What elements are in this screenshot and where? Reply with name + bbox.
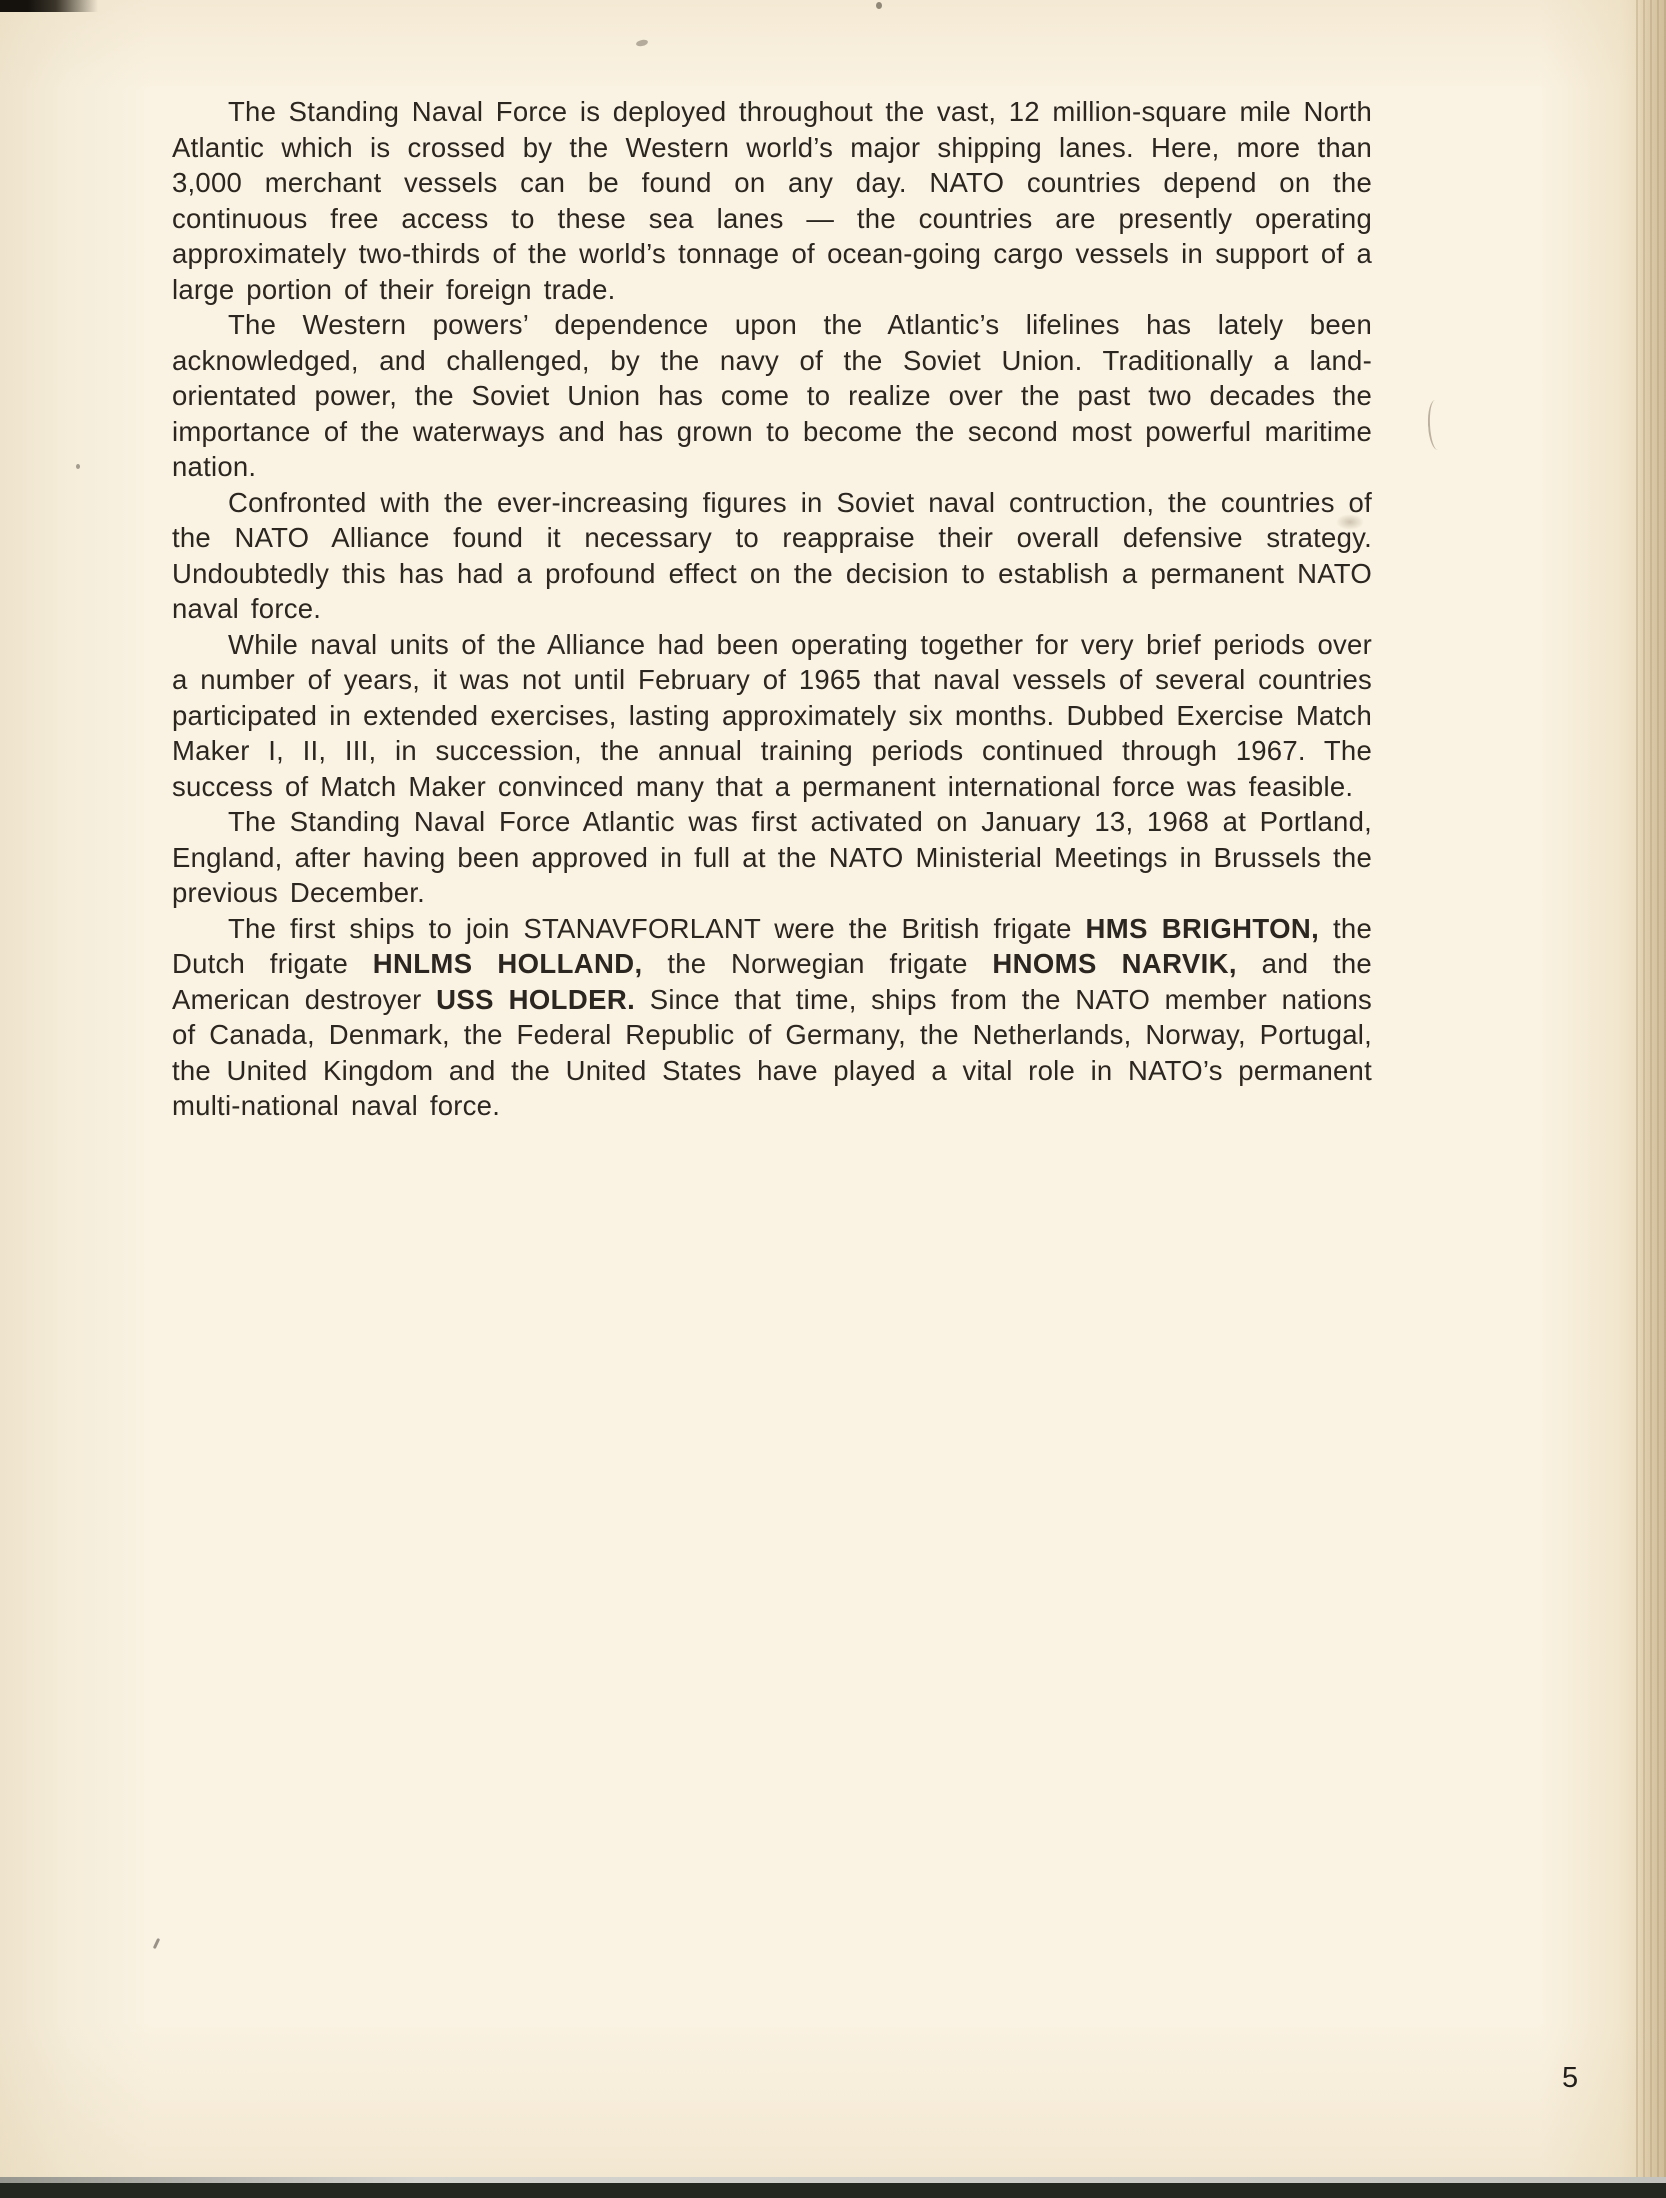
- scan-dark-corner: [0, 0, 98, 12]
- ship-name-hnoms-narvik: HNOMS NARVIK,: [992, 948, 1237, 979]
- ship-name-uss-holder: USS HOLDER.: [436, 984, 635, 1015]
- paragraph-western-powers: The Western powers’ dependence upon the …: [172, 307, 1372, 485]
- paragraph-match-maker: While naval units of the Alliance had be…: [172, 627, 1372, 805]
- scanned-book-page: The Standing Naval Force is deployed thr…: [0, 0, 1666, 2198]
- scan-speck: [153, 1938, 160, 1949]
- scan-speck: [76, 464, 80, 469]
- scan-speck: [876, 2, 882, 9]
- paragraph-first-ships: The first ships to join STANAVFORLANT we…: [172, 911, 1372, 1124]
- ship-name-hnlms-holland: HNLMS HOLLAND,: [373, 948, 643, 979]
- scan-mark-parenthesis: [1427, 400, 1447, 451]
- ship-name-hms-brighton: HMS BRIGHTON,: [1086, 913, 1320, 944]
- paragraph-first-ships-text: the Norwegian frigate: [643, 948, 993, 979]
- paragraph-first-activated: The Standing Naval Force Atlantic was fi…: [172, 804, 1372, 911]
- paragraph-first-ships-text: The first ships to join STANAVFORLANT we…: [228, 913, 1086, 944]
- scanner-background: [0, 2183, 1666, 2198]
- body-text-block: The Standing Naval Force is deployed thr…: [172, 94, 1372, 1124]
- book-page-edges: [1636, 0, 1666, 2198]
- paragraph-confronted: Confronted with the ever-increasing figu…: [172, 485, 1372, 627]
- scan-speck: [636, 39, 649, 47]
- page-number: 5: [1562, 2062, 1578, 2094]
- paragraph-standing-naval-force: The Standing Naval Force is deployed thr…: [172, 94, 1372, 307]
- scan-smudge: [1336, 514, 1364, 530]
